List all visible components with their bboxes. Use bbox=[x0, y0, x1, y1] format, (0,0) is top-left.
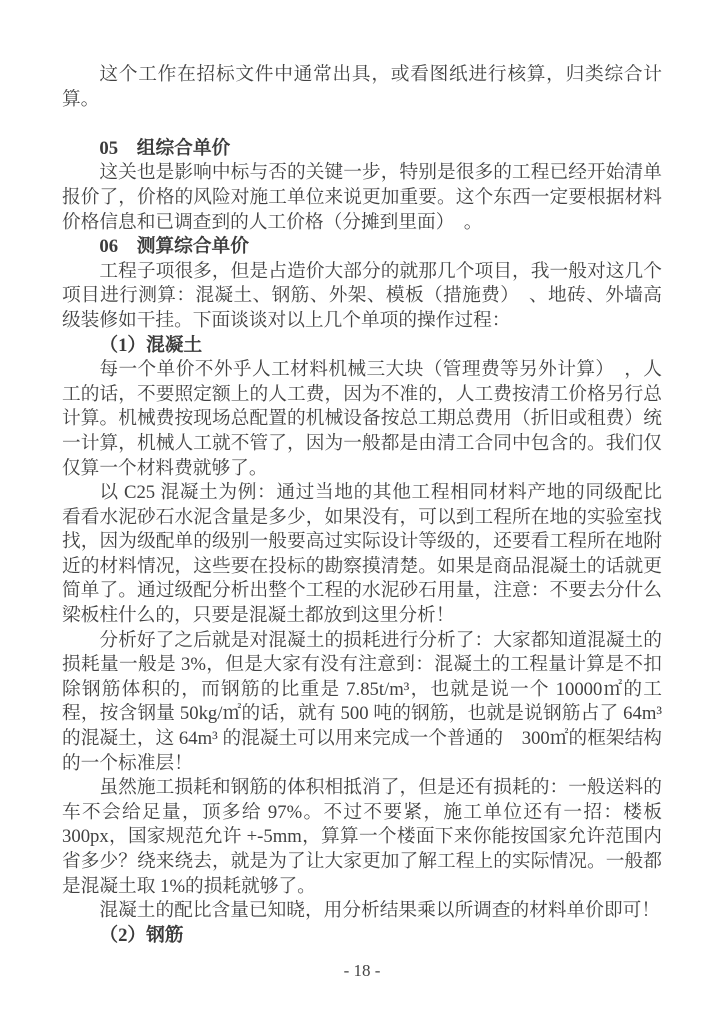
heading-05-zu-zonghe-danjia: 05 组综合单价 bbox=[62, 137, 662, 162]
blank-line bbox=[62, 112, 662, 137]
heading-06-cesuan-zonghe-danjia: 06 测算综合单价 bbox=[62, 235, 662, 260]
paragraph-concrete-loss-analysis: 分析好了之后就是对混凝土的损耗进行分析了：大家都知道混凝土的损耗量一般是 3%，… bbox=[62, 629, 662, 777]
paragraph-concrete-c25-example: 以 C25 混凝土为例：通过当地的其他工程相同材料产地的同级配比看看水泥砂石水泥… bbox=[62, 481, 662, 629]
text-content: 这个工作在招标文件中通常出具，或看图纸进行核算，归类综合计算。 05 组综合单价… bbox=[62, 63, 662, 948]
paragraph-05-body: 这关也是影响中标与否的关键一步，特别是很多的工程已经开始清单报价了，价格的风险对… bbox=[62, 161, 662, 235]
intro-paragraph: 这个工作在招标文件中通常出具，或看图纸进行核算，归类综合计算。 bbox=[62, 63, 662, 112]
paragraph-concrete-loss-offset: 虽然施工损耗和钢筋的体积相抵消了，但是还有损耗的：一般送料的车不会给足量，顶多给… bbox=[62, 776, 662, 899]
paragraph-06-body: 工程子项很多，但是占造价大部分的就那几个项目，我一般对这几个项目进行测算：混凝土… bbox=[62, 260, 662, 334]
paragraph-concrete-conclusion: 混凝土的配比含量已知晓，用分析结果乘以所调查的材料单价即可！ bbox=[62, 899, 662, 924]
document-page: 这个工作在招标文件中通常出具，或看图纸进行核算，归类综合计算。 05 组综合单价… bbox=[0, 0, 724, 1024]
heading-1-concrete: （1）混凝土 bbox=[62, 334, 662, 359]
heading-2-rebar: （2）钢筋 bbox=[62, 924, 662, 949]
paragraph-concrete-pricing: 每一个单价不外乎人工材料机械三大块（管理费等另外计算） ，人工的话，不要照定额上… bbox=[62, 358, 662, 481]
page-number: - 18 - bbox=[0, 960, 724, 982]
